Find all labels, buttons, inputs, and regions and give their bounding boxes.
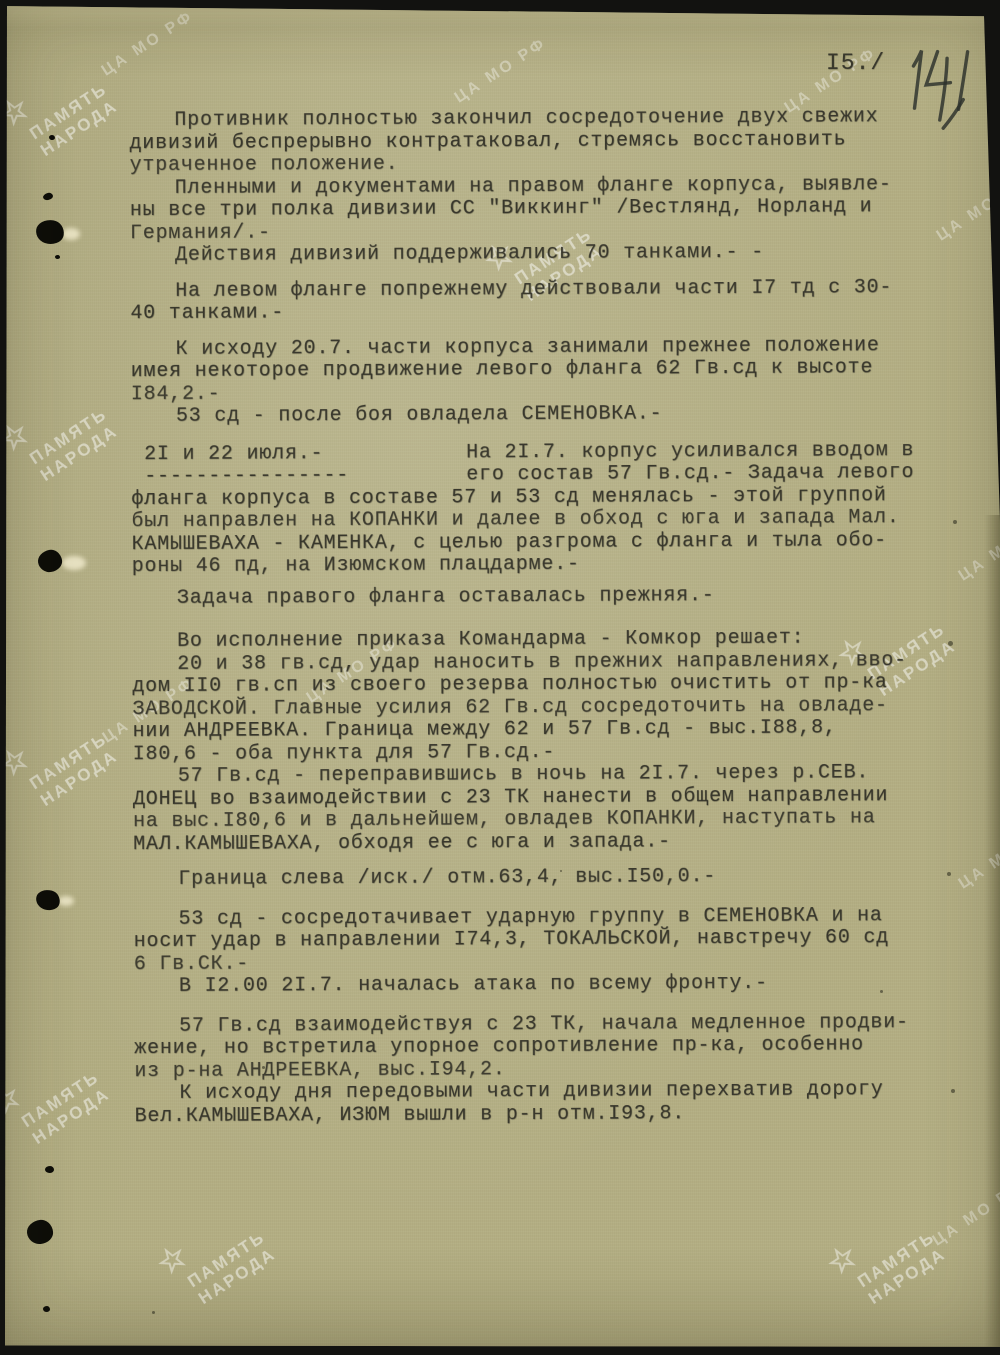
document-line: 53 сд - после боя овладела СЕМЕНОВКА.- (131, 402, 943, 429)
document-page: ☆ПАМЯТЬНАРОДА☆ПАМЯТЬНАРОДА☆ПАМЯТЬНАРОДА☆… (0, 0, 1000, 1355)
scanner-background: ☆ПАМЯТЬНАРОДА☆ПАМЯТЬНАРОДА☆ПАМЯТЬНАРОДА☆… (0, 0, 1000, 1355)
document-line: Действия дивизий поддерживались 70 танка… (130, 241, 942, 268)
document-line: Противник полностью закончил сосредоточе… (129, 106, 941, 133)
document-line: Задача правого фланга оставалась прежняя… (132, 583, 944, 610)
document-text-layer: I5./ Противник полностью закончил сосред… (0, 0, 1000, 1355)
paragraph: Действия дивизий поддерживались 70 танка… (130, 241, 942, 268)
document-line: роны 46 пд, на Изюмском плацдарме.- (132, 552, 944, 579)
document-line: На левом фланге попрежнему действовали ч… (130, 276, 942, 303)
document-line: 53 сд - сосредотачивает ударную группу в… (134, 904, 946, 931)
paragraph: Задача правого фланга оставалась прежняя… (132, 583, 944, 610)
paragraph: 20 и 38 гв.сд, удар наносить в прежних н… (132, 649, 945, 766)
document-line: его состав 57 Гв.сд.- Задача левого (466, 462, 943, 487)
paragraph: В I2.00 2I.7. началась атака по всему фр… (134, 972, 946, 999)
paragraph: 57 Гв.сд - переправившись в ночь на 2I.7… (133, 762, 945, 856)
document-line: На 2I.7. корпус усиливался вводом в (466, 439, 943, 464)
document-line: К исходу 20.7. части корпуса занимали пр… (131, 334, 943, 361)
document-line: ---------------- (144, 464, 466, 488)
paragraph: 53 сд - после боя овладела СЕМЕНОВКА.- (131, 402, 943, 429)
document-line: 57 Гв.сд взаимодействуя с 23 ТК, начала … (134, 1011, 946, 1038)
document-line: Пленными и документами на правом фланге … (130, 173, 942, 200)
document-line: 20 и 38 гв.сд, удар наносить в прежних н… (132, 649, 944, 676)
date-heading-body: На 2I.7. корпус усиливался вводом вего с… (466, 439, 943, 486)
paragraph: К исходу дня передовыми части дивизии пе… (134, 1079, 946, 1128)
document-line: Граница слева /иск./ отм.63,4, выс.I50,0… (133, 865, 945, 892)
date-heading: 2I и 22 июля.----------------- (131, 442, 466, 489)
document-line: МАЛ.КАМЫШЕВАХА, обходя ее с юга и запада… (133, 829, 945, 856)
document-line: на выс.I80,6 и в дальнейшем, овладев КОП… (133, 807, 945, 834)
handwritten-page-number-value: 141 (0, 0, 1, 1)
dated-paragraph: 2I и 22 июля.-----------------На 2I.7. к… (131, 439, 944, 578)
paragraph: Граница слева /иск./ отм.63,4, выс.I50,0… (133, 865, 945, 892)
document-line: К исходу дня передовыми части дивизии пе… (134, 1079, 946, 1106)
document-body: Противник полностью закончил сосредоточе… (129, 106, 946, 1128)
paragraph: К исходу 20.7. части корпуса занимали пр… (131, 334, 943, 406)
document-line: ЗАВОДСКОЙ. Главные усилия 62 Гв.сд сосре… (132, 694, 944, 721)
paragraph: 57 Гв.сд взаимодействуя с 23 ТК, начала … (134, 1011, 946, 1083)
document-line: 57 Гв.сд - переправившись в ночь на 2I.7… (133, 762, 945, 789)
typed-page-number: I5./ (826, 50, 885, 76)
paragraph: На левом фланге попрежнему действовали ч… (130, 276, 942, 325)
paragraph: 53 сд - сосредотачивает ударную группу в… (134, 904, 946, 976)
document-line: Вел.КАМЫШЕВАХА, ИЗЮМ вышли в р-н отм.I93… (135, 1101, 947, 1128)
dated-paragraph-header-row: 2I и 22 июля.-----------------На 2I.7. к… (131, 439, 943, 488)
paragraph: Пленными и документами на правом фланге … (130, 173, 942, 245)
document-line: 2I и 22 июля.- (144, 442, 466, 466)
document-line: был направлен на КОПАНКИ и далее в обход… (131, 507, 943, 534)
handwritten-page-number (899, 39, 983, 136)
paragraph: Противник полностью закончил сосредоточе… (129, 106, 941, 178)
document-line: 40 танками.- (130, 299, 942, 326)
document-line: В I2.00 2I.7. началась атака по всему фр… (134, 972, 946, 999)
